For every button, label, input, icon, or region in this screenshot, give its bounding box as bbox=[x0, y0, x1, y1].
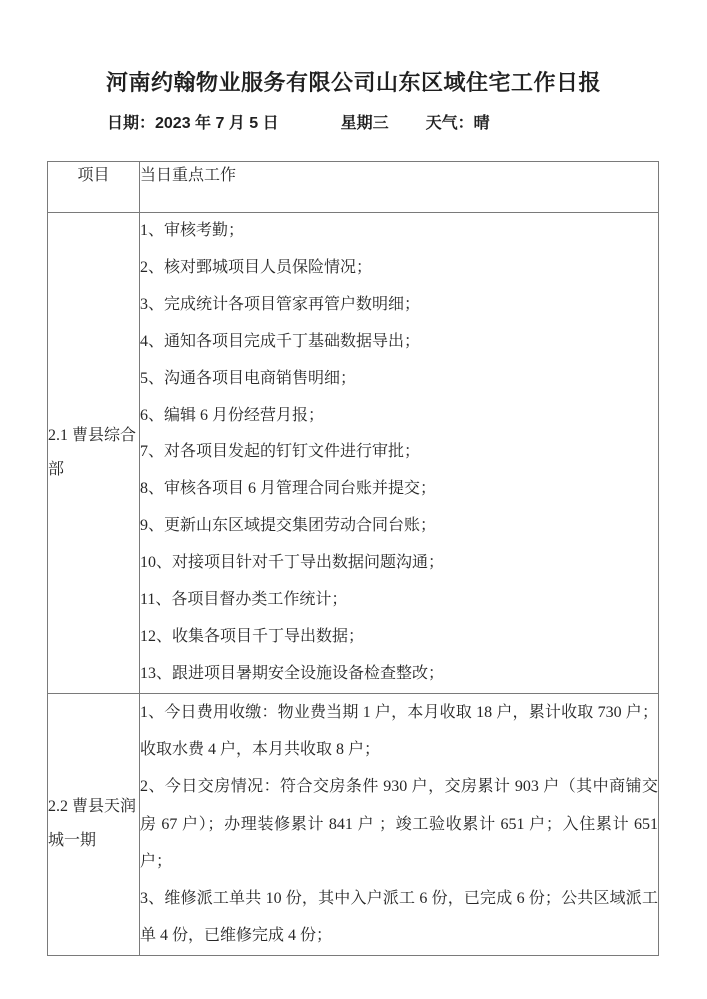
work-item: 9、更新山东区域提交集团劳动合同台账； bbox=[140, 508, 658, 545]
work-item: 2、核对鄄城项目人员保险情况； bbox=[140, 250, 658, 287]
work-items-cell: 1、今日费用收缴：物业费当期 1 户，本月收取 18 户，累计收取 730 户；… bbox=[140, 693, 659, 955]
table-header-row: 项目 当日重点工作 bbox=[48, 162, 659, 213]
page-title: 河南约翰物业服务有限公司山东区域住宅工作日报 bbox=[0, 66, 707, 97]
work-item: 12、收集各项目千丁导出数据； bbox=[140, 619, 658, 656]
work-item: 3、维修派工单共 10 份，其中入户派工 6 份，已完成 6 份；公共区域派工单… bbox=[140, 880, 658, 955]
work-item: 5、沟通各项目电商销售明细； bbox=[140, 361, 658, 398]
work-item: 7、对各项目发起的钉钉文件进行审批； bbox=[140, 434, 658, 471]
column-header-key-work: 当日重点工作 bbox=[140, 162, 659, 213]
work-items-cell: 1、审核考勤； 2、核对鄄城项目人员保险情况； 3、完成统计各项目管家再管户数明… bbox=[140, 213, 659, 694]
dateline: 日期：2023 年 7 月 5 日星期三天气：晴 bbox=[107, 110, 490, 133]
work-item: 1、审核考勤； bbox=[140, 213, 658, 250]
date-text: 日期：2023 年 7 月 5 日 bbox=[107, 115, 279, 132]
daily-report-table: 项目 当日重点工作 2.1 曹县综合部 1、审核考勤； 2、核对鄄城项目人员保险… bbox=[47, 161, 659, 956]
work-item: 1、今日费用收缴：物业费当期 1 户，本月收取 18 户，累计收取 730 户；… bbox=[140, 694, 658, 769]
work-item: 4、通知各项目完成千丁基础数据导出； bbox=[140, 324, 658, 361]
work-item: 2、今日交房情况：符合交房条件 930 户，交房累计 903 户（其中商铺交房 … bbox=[140, 768, 658, 880]
weekday-text: 星期三 bbox=[341, 115, 389, 132]
table-row: 2.1 曹县综合部 1、审核考勤； 2、核对鄄城项目人员保险情况； 3、完成统计… bbox=[48, 213, 659, 694]
work-item: 6、编辑 6 月份经营月报； bbox=[140, 398, 658, 435]
work-item: 3、完成统计各项目管家再管户数明细； bbox=[140, 287, 658, 324]
column-header-project: 项目 bbox=[48, 162, 140, 213]
work-item: 11、各项目督办类工作统计； bbox=[140, 582, 658, 619]
work-item: 8、审核各项目 6 月管理合同台账并提交； bbox=[140, 471, 658, 508]
work-item: 10、对接项目针对千丁导出数据问题沟通； bbox=[140, 545, 658, 582]
document-page: 河南约翰物业服务有限公司山东区域住宅工作日报 日期：2023 年 7 月 5 日… bbox=[0, 0, 707, 999]
table-row: 2.2 曹县天润城一期 1、今日费用收缴：物业费当期 1 户，本月收取 18 户… bbox=[48, 693, 659, 955]
weather-text: 天气：晴 bbox=[426, 115, 490, 132]
project-name-cell: 2.1 曹县综合部 bbox=[48, 213, 140, 694]
project-name-cell: 2.2 曹县天润城一期 bbox=[48, 693, 140, 955]
work-item: 13、跟进项目暑期安全设施设备检查整改； bbox=[140, 656, 658, 693]
